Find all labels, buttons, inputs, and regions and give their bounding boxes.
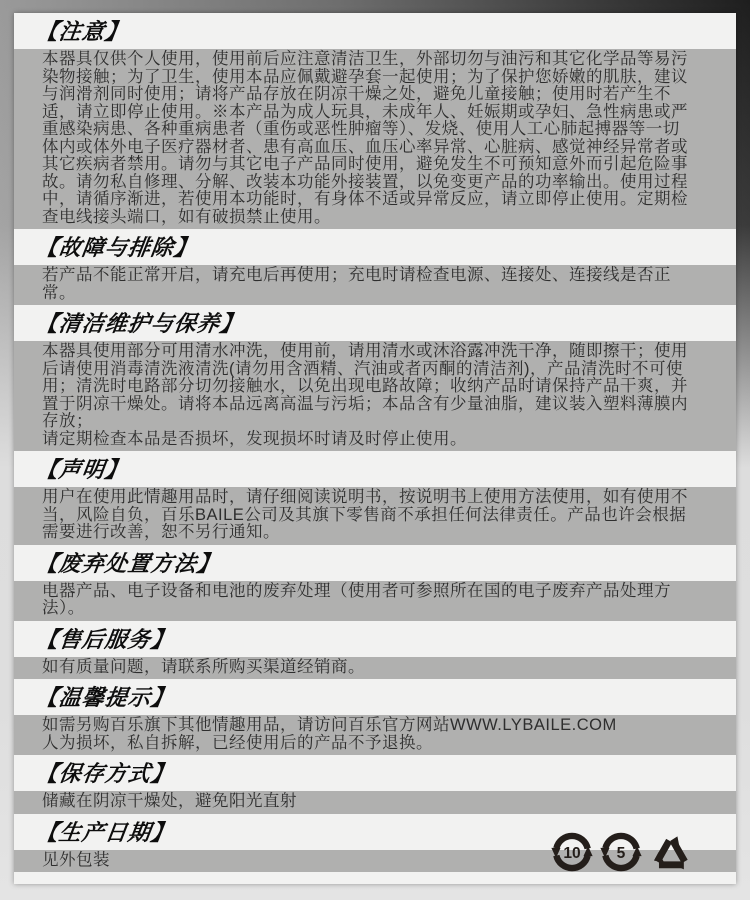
section-title: 【声明】 xyxy=(14,451,736,487)
section-title-text: 【废弃处置方法】 xyxy=(34,551,222,577)
section-body: 用户在使用此情趣用品时，请仔细阅读说明书，按说明书上使用方法使用，如有使用不当，… xyxy=(14,487,736,545)
section-paragraph: 储藏在阴凉干燥处，避免阳光直射 xyxy=(42,793,696,811)
compliance-icons: 10 5 xyxy=(550,830,694,874)
section-body: 电器产品、电子设备和电池的废弃处理（使用者可参照所在国的电子废弃产品处理方法）。 xyxy=(14,581,736,621)
section-title-text: 【声明】 xyxy=(34,457,130,483)
section-title: 【温馨提示】 xyxy=(14,679,736,715)
section-title: 【保存方式】 xyxy=(14,755,736,791)
section-paragraph: 用户在使用此情趣用品时，请仔细阅读说明书，按说明书上使用方法使用，如有使用不当，… xyxy=(42,489,696,542)
section-title: 【故障与排除】 xyxy=(14,229,736,265)
section-body: 本器具使用部分可用清水冲洗，使用前，请用清水或沐浴露冲洗干净，随即擦干；使用后请… xyxy=(14,341,736,451)
section-statement: 【声明】 用户在使用此情趣用品时，请仔细阅读说明书，按说明书上使用方法使用，如有… xyxy=(14,451,736,545)
section-paragraph: 本器具使用部分可用清水冲洗，使用前，请用清水或沐浴露冲洗干净，随即擦干；使用后请… xyxy=(42,343,696,431)
section-paragraph: 本器具仅供个人使用，使用前后应注意清洁卫生，外部切勿与油污和其它化学品等易污染物… xyxy=(42,51,696,226)
section-paragraph: 人为损坏，私自拆解，已经使用后的产品不予退换。 xyxy=(42,735,696,753)
manual-card: 【注意】 本器具仅供个人使用，使用前后应注意清洁卫生，外部切勿与油污和其它化学品… xyxy=(14,13,736,884)
section-title-text: 【温馨提示】 xyxy=(34,685,176,711)
section-title-text: 【保存方式】 xyxy=(34,761,176,787)
section-body: 本器具仅供个人使用，使用前后应注意清洁卫生，外部切勿与油污和其它化学品等易污染物… xyxy=(14,49,736,229)
section-title-text: 【故障与排除】 xyxy=(34,235,199,261)
recycling-mobius-icon xyxy=(648,830,694,874)
section-title-text: 【清洁维护与保养】 xyxy=(34,311,245,337)
section-title: 【注意】 xyxy=(14,13,736,49)
section-paragraph: 请定期检查本品是否损坏，发现损坏时请及时停止使用。 xyxy=(42,431,696,449)
section-title: 【废弃处置方法】 xyxy=(14,545,736,581)
section-tips: 【温馨提示】 如需另购百乐旗下其他情趣用品，请访问百乐官方网站WWW.LYBAI… xyxy=(14,679,736,755)
section-body: 如有质量问题，请联系所购买渠道经销商。 xyxy=(14,657,736,680)
section-title: 【清洁维护与保养】 xyxy=(14,305,736,341)
section-body: 如需另购百乐旗下其他情趣用品，请访问百乐官方网站WWW.LYBAILE.COM … xyxy=(14,715,736,755)
section-body: 储藏在阴凉干燥处，避免阳光直射 xyxy=(14,791,736,814)
section-title: 【售后服务】 xyxy=(14,621,736,657)
section-cleaning-maintenance: 【清洁维护与保养】 本器具使用部分可用清水冲洗，使用前，请用清水或沐浴露冲洗干净… xyxy=(14,305,736,451)
rohs-epup-5-icon: 5 xyxy=(599,830,643,874)
section-paragraph: 若产品不能正常开启，请充电后再使用；充电时请检查电源、连接处、连接线是否正常。 xyxy=(42,267,696,302)
rohs-epup-10-label: 10 xyxy=(563,845,581,862)
section-title-text: 【生产日期】 xyxy=(34,820,176,846)
section-paragraph: 电器产品、电子设备和电池的废弃处理（使用者可参照所在国的电子废弃产品处理方法）。 xyxy=(42,583,696,618)
section-title-text: 【注意】 xyxy=(34,19,130,45)
rohs-epup-5-label: 5 xyxy=(617,845,626,862)
section-body: 若产品不能正常开启，请充电后再使用；充电时请检查电源、连接处、连接线是否正常。 xyxy=(14,265,736,305)
section-troubleshooting: 【故障与排除】 若产品不能正常开启，请充电后再使用；充电时请检查电源、连接处、连… xyxy=(14,229,736,305)
section-paragraph: 如需另购百乐旗下其他情趣用品，请访问百乐官方网站WWW.LYBAILE.COM xyxy=(42,717,696,735)
page: { "manual": { "sections": [ { "title": "… xyxy=(0,0,750,900)
section-after-sales: 【售后服务】 如有质量问题，请联系所购买渠道经销商。 xyxy=(14,621,736,680)
section-title-text: 【售后服务】 xyxy=(34,627,176,653)
section-disposal: 【废弃处置方法】 电器产品、电子设备和电池的废弃处理（使用者可参照所在国的电子废… xyxy=(14,545,736,621)
section-notice: 【注意】 本器具仅供个人使用，使用前后应注意清洁卫生，外部切勿与油污和其它化学品… xyxy=(14,13,736,229)
section-storage: 【保存方式】 储藏在阴凉干燥处，避免阳光直射 xyxy=(14,755,736,814)
section-paragraph: 如有质量问题，请联系所购买渠道经销商。 xyxy=(42,659,696,677)
rohs-epup-10-icon: 10 xyxy=(550,830,594,874)
